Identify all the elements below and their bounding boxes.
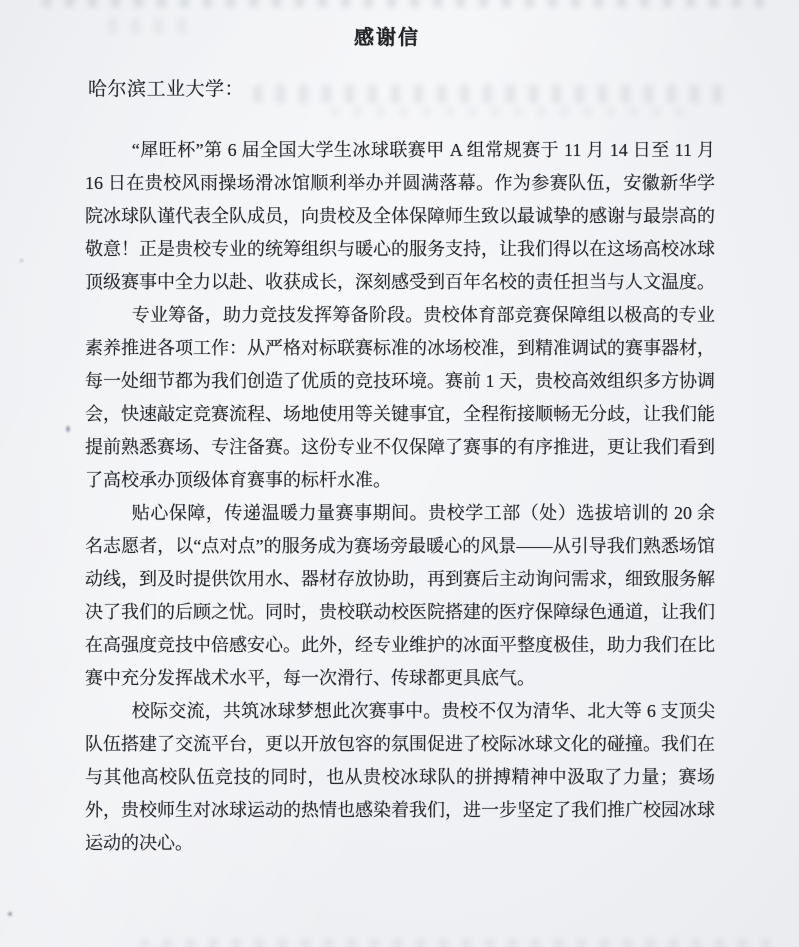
letter-paragraph-exchange: 校际交流，共筑冰球梦想此次赛事中。贵校不仅为清华、北大等 6 支顶尖队伍搭建了交… — [85, 695, 715, 860]
scan-bleedthrough-row-1 — [253, 85, 727, 103]
scan-speck — [8, 912, 12, 916]
scan-speck — [20, 259, 23, 262]
scan-bleedthrough-bottom — [140, 939, 780, 947]
letter-paragraph-preparation: 专业筹备，助力竞技发挥筹备阶段。贵校体育部竞赛保障组以极高的专业素养推进各项工作… — [85, 299, 715, 497]
letter-paragraph-support: 贴心保障，传递温暖力量赛事期间。贵校学工部（处）选拔培训的 20 余名志愿者，以… — [85, 497, 715, 695]
scan-speck — [66, 426, 70, 432]
letter-title: 感谢信 — [85, 21, 689, 50]
scan-bleedthrough-row-2 — [330, 106, 690, 117]
letter-body: “犀旺杯”第 6 届全国大学生冰球联赛甲 A 组常规赛于 11 月 14 日至 … — [85, 134, 715, 860]
letter-paragraph-opening: “犀旺杯”第 6 届全国大学生冰球联赛甲 A 组常规赛于 11 月 14 日至 … — [85, 134, 715, 299]
letter-salutation: 哈尔滨工业大学： — [88, 74, 244, 101]
scan-bleedthrough-top — [42, 0, 766, 7]
scanned-letter-page: 感谢信 哈尔滨工业大学： “犀旺杯”第 6 届全国大学生冰球联赛甲 A 组常规赛… — [0, 0, 799, 947]
